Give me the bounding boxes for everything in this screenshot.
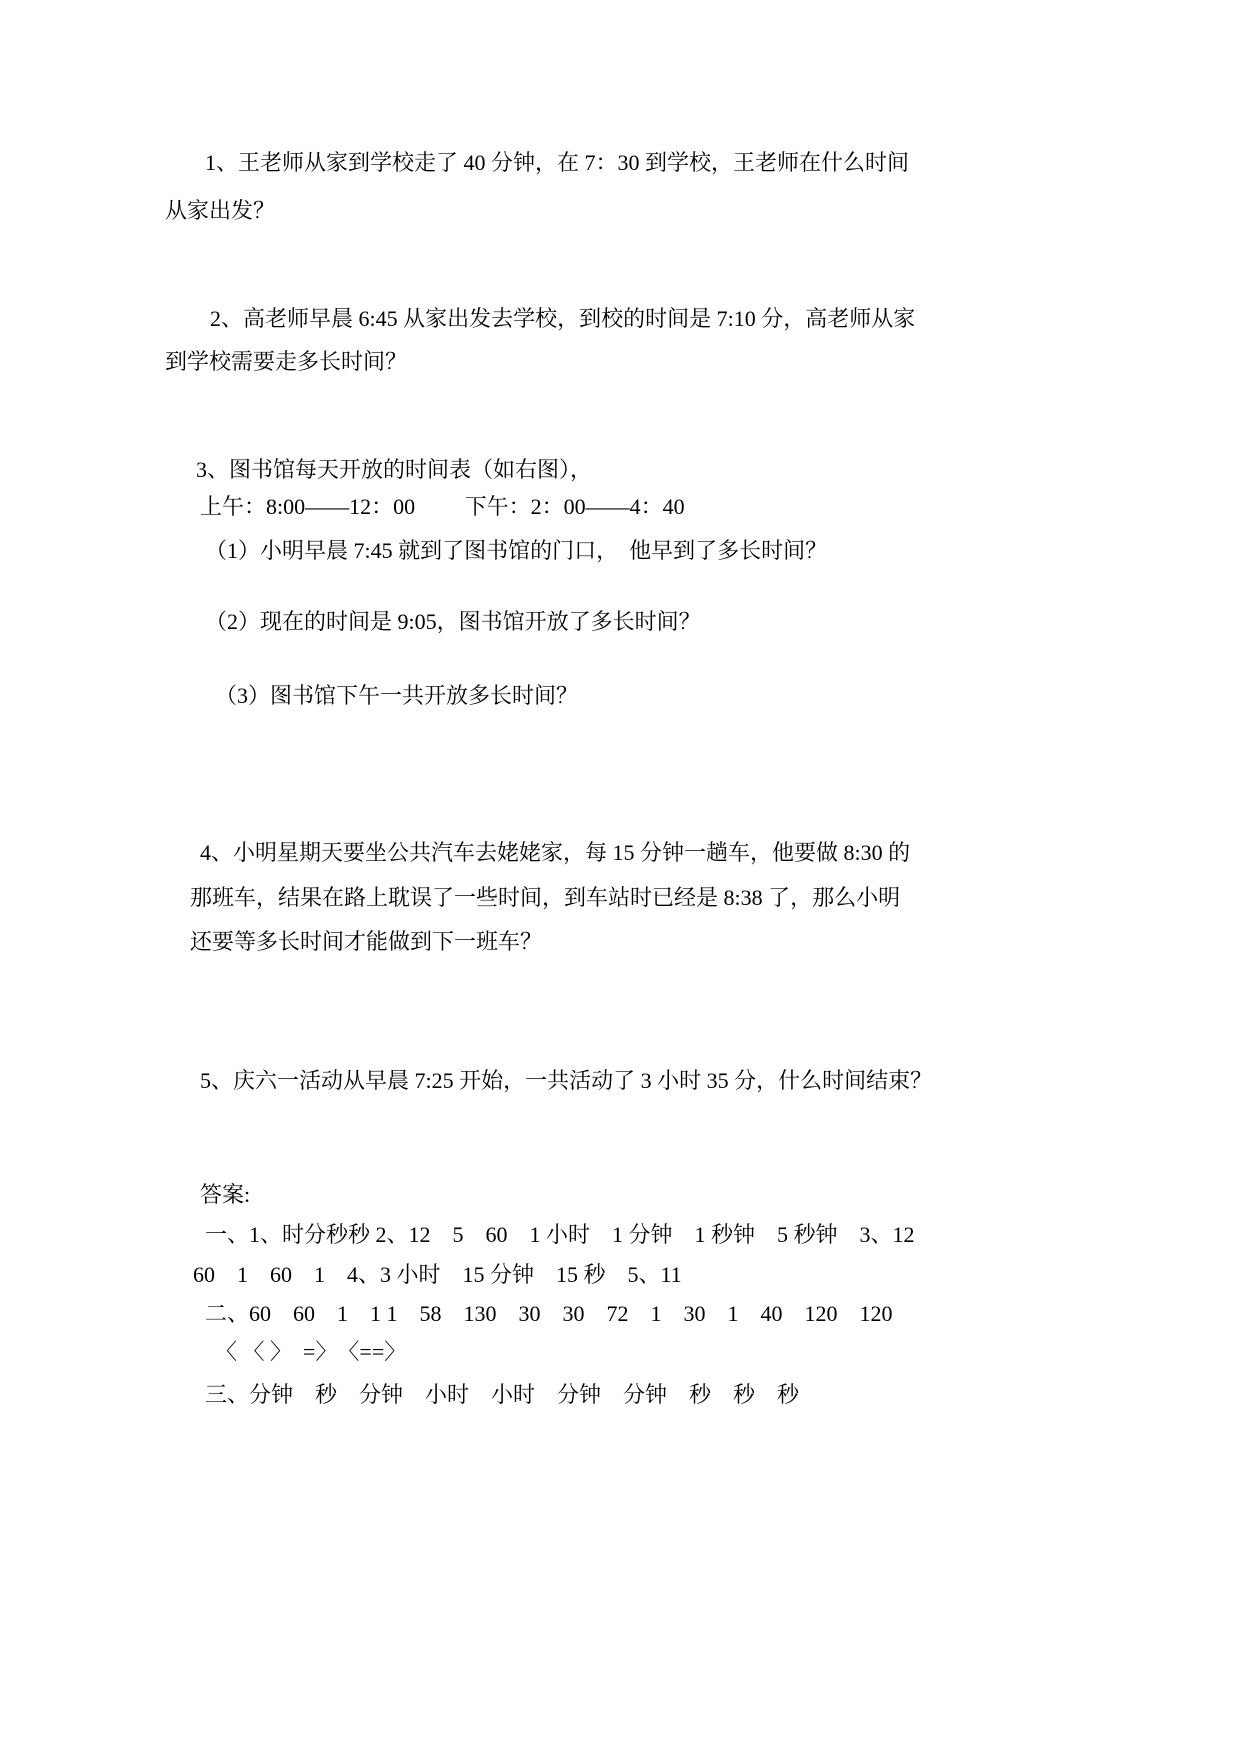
question-3-sub-2: （2）现在的时间是 9:05，图书馆开放了多长时间？ (205, 607, 1241, 637)
answers-line-1: 一、1、时分秒秒 2、12 5 60 1 小时 1 分钟 1 秒钟 5 秒钟 3… (205, 1220, 1241, 1250)
question-3-schedule: 上午：8:00——12：00 下午：2：00——4：40 (200, 492, 1241, 522)
worksheet-page: 1、王老师从家到学校走了 40 分钟，在 7：30 到学校，王老师在什么时间 从… (0, 0, 1241, 1754)
question-1-line-1: 1、王老师从家到学校走了 40 分钟，在 7：30 到学校，王老师在什么时间 (205, 148, 1241, 178)
answers-line-5: 三、分钟 秒 分钟 小时 小时 分钟 分钟 秒 秒 秒 (205, 1380, 1241, 1410)
question-5-line-1: 5、庆六一活动从早晨 7:25 开始，一共活动了 3 小时 35 分，什么时间结… (200, 1066, 1241, 1096)
answers-line-4: 〈 〈 〉 =〉 〈==〉 (215, 1337, 1241, 1367)
question-3-sub-1: （1）小明早晨 7:45 就到了图书馆的门口， 他早到了多长时间？ (205, 536, 1241, 566)
question-4-line-3: 还要等多长时间才能做到下一班车？ (190, 927, 1241, 957)
question-2-line-2: 到学校需要走多长时间？ (165, 347, 1241, 377)
question-3-intro: 3、图书馆每天开放的时间表（如右图）， (196, 455, 1241, 485)
question-4-line-2: 那班车，结果在路上耽误了一些时间，到车站时已经是 8:38 了，那么小明 (190, 883, 1241, 913)
question-1-line-2: 从家出发？ (165, 196, 1241, 226)
answers-heading: 答案: (200, 1180, 1241, 1210)
answers-line-2: 60 1 60 1 4、3 小时 15 分钟 15 秒 5、11 (193, 1260, 1241, 1290)
question-3-sub-3: （3）图书馆下午一共开放多长时间？ (215, 681, 1241, 711)
question-2-line-1: 2、高老师早晨 6:45 从家出发去学校，到校的时间是 7:10 分，高老师从家 (210, 304, 1241, 334)
answers-line-3: 二、60 60 1 1 1 58 130 30 30 72 1 30 1 40 … (205, 1299, 1241, 1329)
question-4-line-1: 4、小明星期天要坐公共汽车去姥姥家，每 15 分钟一趟车，他要做 8:30 的 (200, 838, 1241, 868)
